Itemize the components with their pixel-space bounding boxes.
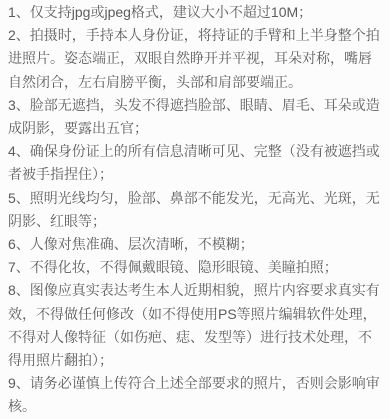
instruction-item-8: 8、图像应真实表达考生本人近期相貌，照片内容要求真实有效，不得做任何修改（如不得… [8,279,382,372]
instruction-item-3: 3、脸部无遮挡，头发不得遮挡脸部、眼睛、眉毛、耳朵或造成阴影，要露出五官； [8,94,382,140]
instruction-item-5: 5、照明光线均匀，脸部、鼻部不能发光，无高光、光斑，无阴影、红眼等； [8,187,382,233]
instruction-item-6: 6、人像对焦准确、层次清晰，不模糊； [8,233,382,256]
instruction-item-9: 9、请务必谨慎上传符合上述全部要求的照片，否则会影响审核。 [8,372,382,418]
instruction-item-1: 1、仅支持jpg或jpeg格式，建议大小不超过10M； [8,1,382,24]
instruction-item-7: 7、不得化妆，不得佩戴眼镜、隐形眼镜、美瞳拍照； [8,256,382,279]
photo-upload-requirements: 1、仅支持jpg或jpeg格式，建议大小不超过10M； 2、拍摄时，手持本人身份… [0,0,390,419]
instruction-item-4: 4、确保身份证上的所有信息清晰可见、完整（没有被遮挡或者被手指捏住）； [8,140,382,186]
instruction-item-2: 2、拍摄时，手持本人身份证，将持证的手臂和上半身整个拍进照片。姿态端正，双眼自然… [8,24,382,94]
